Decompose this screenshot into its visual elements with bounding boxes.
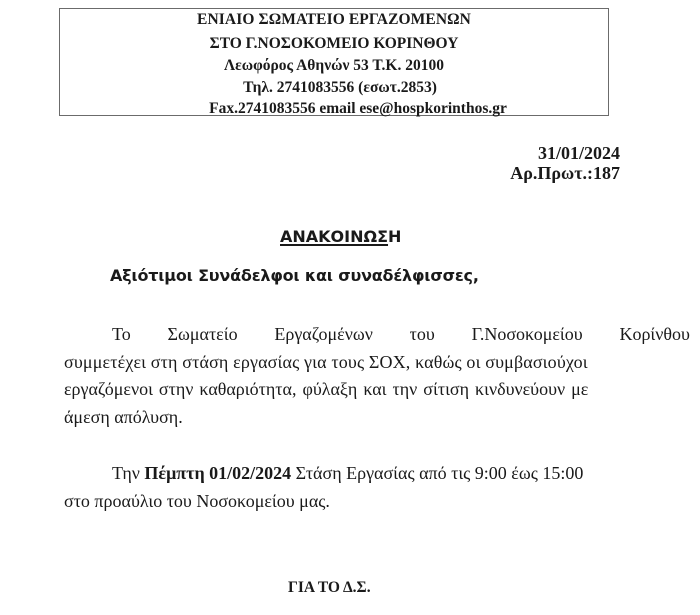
paragraph-line: Την Πέμπτη 01/02/2024 Στάση Εργασίας από… — [64, 460, 690, 488]
title-rest: Η — [388, 227, 401, 246]
word: Εργαζομένων — [274, 321, 372, 349]
paragraph-line: εργαζόμενοι στην καθαριότητα, φύλαξη και… — [64, 376, 690, 404]
word: Γ.Νοσοκομείου — [472, 321, 583, 349]
paragraph-strike-details: Την Πέμπτη 01/02/2024 Στάση Εργασίας από… — [64, 460, 690, 515]
text-prefix: Την — [112, 463, 144, 483]
union-name: ΕΝΙΑΙΟ ΣΩΜΑΤΕΙΟ ΕΡΓΑΖΟΜΕΝΩΝ — [60, 11, 608, 29]
document-date: 31/01/2024 — [510, 143, 620, 163]
word: του — [410, 321, 435, 349]
date-protocol-block: 31/01/2024 Αρ.Πρωτ.:187 — [510, 143, 620, 183]
letterhead-box: ΕΝΙΑΙΟ ΣΩΜΑΤΕΙΟ ΕΡΓΑΖΟΜΕΝΩΝ ΣΤΟ Γ.ΝΟΣΟΚΟ… — [59, 8, 609, 116]
hospital-name: ΣΤΟ Γ.ΝΟΣΟΚΟΜΕΙΟ ΚΟΡΙΝΘΟΥ — [60, 35, 608, 53]
phone: Τηλ. 2741083556 (εσωτ.2853) — [66, 79, 614, 97]
text-suffix: Στάση Εργασίας από τις 9:00 έως 15:00 — [291, 463, 583, 483]
paragraph-line: ΤοΣωματείοΕργαζομένωντουΓ.ΝοσοκομείουΚορ… — [64, 321, 690, 349]
strike-date: Πέμπτη 01/02/2024 — [144, 463, 291, 483]
word: Κορίνθου — [619, 321, 690, 349]
signature: ΓΙΑ ΤΟ Δ.Σ. — [288, 579, 371, 597]
document-title: ΑΝΑΚΟΙΝΩΣΗ — [280, 227, 401, 246]
salutation: Αξιότιμοι Συνάδελφοι και συναδέλφισσες, — [110, 266, 479, 285]
word: Το — [112, 321, 131, 349]
fax-email: Fax.2741083556 email ese@hospkorinthos.g… — [84, 100, 632, 118]
word: Σωματείο — [168, 321, 238, 349]
protocol-number: Αρ.Πρωτ.:187 — [510, 163, 620, 183]
title-underlined-part: ΑΝΑΚΟΙΝΩΣ — [280, 227, 388, 246]
paragraph-line: άμεση απόλυση. — [64, 404, 690, 432]
address: Λεωφόρος Αθηνών 53 Τ.Κ. 20100 — [60, 57, 608, 75]
paragraph-line: συμμετέχει στη στάση εργασίας για τους Σ… — [64, 349, 690, 377]
paragraph-line: στο προαύλιο του Νοσοκομείου μας. — [64, 488, 690, 516]
paragraph-announcement: ΤοΣωματείοΕργαζομένωντουΓ.ΝοσοκομείουΚορ… — [64, 321, 690, 431]
